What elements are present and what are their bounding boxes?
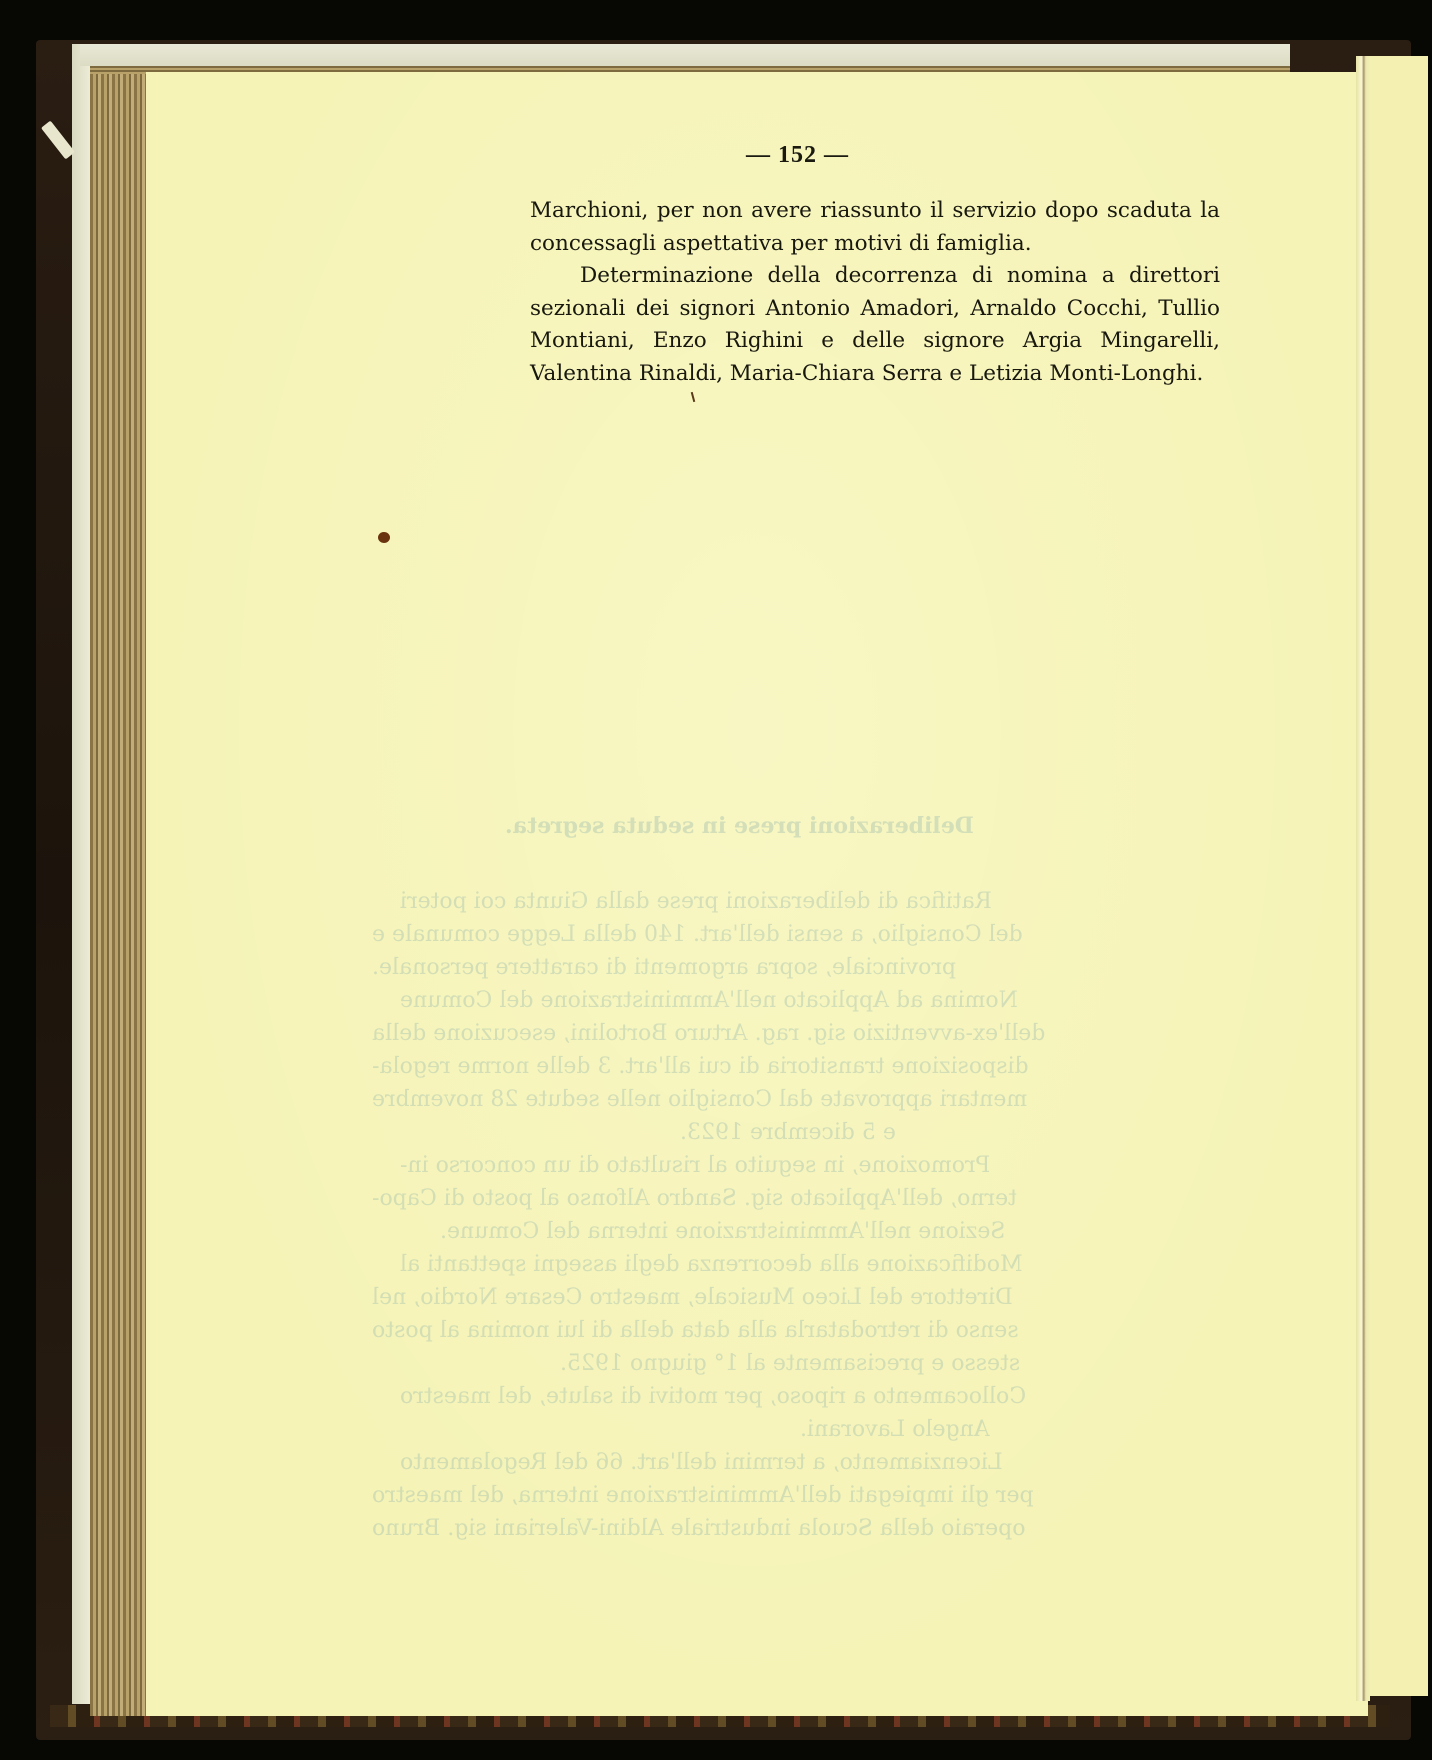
gutter-fold bbox=[1356, 56, 1370, 1701]
bleed-through-line: stesso e precisamente al 1° giugno 1925. bbox=[560, 1347, 1020, 1380]
bleed-through-line: senso di retrodatarla alla data della di… bbox=[372, 1314, 1019, 1347]
book-scan: Deliberazioni prese in seduta segreta. R… bbox=[0, 0, 1432, 1760]
bleed-through-line: Direttore del Liceo Musicale, maestro Ce… bbox=[372, 1281, 1013, 1314]
paragraph: Determinazione della decorrenza di nomin… bbox=[530, 260, 1220, 390]
bleed-through-line: e 5 dicembre 1923. bbox=[680, 1116, 896, 1149]
bleed-through-line: disposizione transitoria di cui all'art.… bbox=[372, 1050, 1029, 1083]
bleed-through-line: mentari approvate dal Consiglio nelle se… bbox=[372, 1083, 1027, 1116]
bleed-through-heading: Deliberazioni prese in seduta segreta. bbox=[505, 810, 974, 843]
bleed-through-line: Ratifica di deliberazioni prese dalla Gi… bbox=[400, 885, 992, 918]
facing-page-sliver bbox=[1368, 56, 1428, 1696]
bleed-through-line: dell'ex-avventizio sig. rag. Arturo Bort… bbox=[372, 1017, 1045, 1050]
bleed-through-line: operaio della Scuola industriale Aldini-… bbox=[372, 1512, 1025, 1545]
bleed-through-line: terno, dell'Applicato sig. Sandro Alfons… bbox=[372, 1182, 1017, 1215]
ink-stain bbox=[378, 532, 390, 543]
bleed-through-line: Nomina ad Applicato nell'Amministrazione… bbox=[400, 984, 1018, 1017]
page-number: — 152 — bbox=[746, 142, 849, 169]
bleed-through-line: Licenziamento, a termini dell'art. 66 de… bbox=[400, 1446, 1003, 1479]
bleed-through-line: Sezione nell'Amministrazione interna del… bbox=[440, 1215, 1005, 1248]
bleed-through-line: Collocamento a riposo, per motivi di sal… bbox=[400, 1380, 1026, 1413]
bleed-through-line: del Consiglio, a sensi dell'art. 140 del… bbox=[372, 918, 1023, 951]
paragraph: Marchioni, per non avere riassunto il se… bbox=[530, 195, 1220, 260]
body-text: Marchioni, per non avere riassunto il se… bbox=[530, 195, 1220, 390]
flyleaf-top bbox=[80, 44, 1290, 66]
bleed-through-line: Angelo Lavorani. bbox=[800, 1413, 990, 1446]
page-stack-edge bbox=[90, 66, 146, 1716]
bleed-through-line: Modificazione alla decorrenza degli asse… bbox=[400, 1248, 1023, 1281]
bleed-through-line: provinciale, sopra argomenti di caratter… bbox=[372, 951, 956, 984]
bleed-through-line: Promozione, in seguito al risultato di u… bbox=[400, 1149, 990, 1182]
bleed-through-line: per gli impiegati dell'Amministrazione i… bbox=[372, 1479, 1034, 1512]
